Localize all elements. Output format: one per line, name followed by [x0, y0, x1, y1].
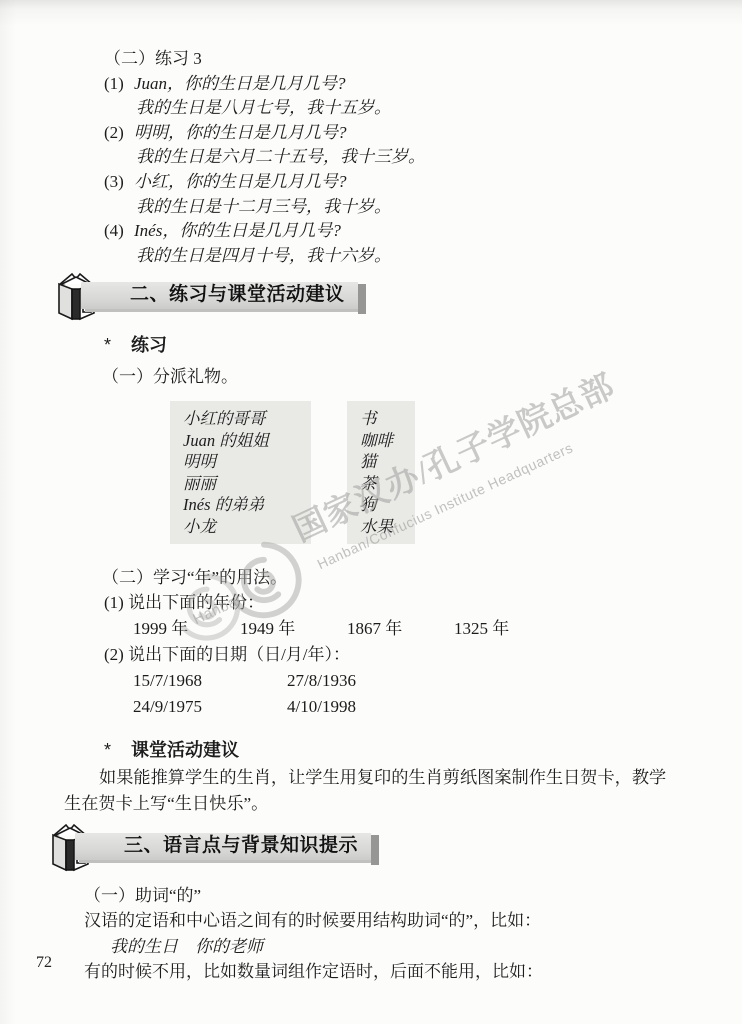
- gift-matching-lists: 小红的哥哥 Juan 的姐姐 明明 丽丽 Inés 的弟弟 小龙 书 咖啡 猫 …: [170, 401, 742, 544]
- activity-label-line: *课堂活动建议: [104, 736, 742, 762]
- task1-heading: （一）分派礼物。: [102, 364, 742, 389]
- exercise3-item-3-answer: 我的生日是十二月三号，我十岁。: [136, 195, 742, 220]
- list-item: 小龙: [183, 516, 303, 538]
- task2-heading: （二）学习“年”的用法。: [102, 565, 742, 590]
- practice-label: 练习: [131, 335, 167, 355]
- practice-label-line: *练习: [104, 331, 742, 357]
- section3-header: 三、语言点与背景知识提示: [46, 824, 742, 871]
- point1-line1: 汉语的定语和中心语之间有的时候要用结构助词“的”，比如：: [84, 908, 742, 934]
- point1-line2: 有的时候不用，比如数量词组作定语时，后面不能用，比如：: [84, 959, 742, 985]
- asterisk: *: [104, 335, 131, 356]
- exercise3-block: （二）练习 3 (1)Juan，你的生日是几月几号? 我的生日是八月七号，我十五…: [0, 47, 742, 268]
- task2-block: （二）学习“年”的用法。 (1) 说出下面的年份： 1999 年1949 年18…: [0, 565, 742, 719]
- exercise3-item-3-question: (3)小红，你的生日是几月几号?: [104, 170, 742, 195]
- item-number: (3): [104, 170, 128, 195]
- task2-sub1: (1) 说出下面的年份：: [104, 590, 742, 616]
- list-item: Inés 的弟弟: [183, 494, 303, 516]
- point1-heading: （一）助词“的”: [84, 883, 742, 909]
- textbook-page: （二）练习 3 (1)Juan，你的生日是几月几号? 我的生日是八月七号，我十五…: [0, 0, 742, 1024]
- dates-row: 15/7/196827/8/1936: [133, 668, 742, 694]
- section2-title-bar: 二、练习与课堂活动建议: [81, 282, 358, 309]
- date-value: 4/10/1998: [287, 697, 356, 716]
- exercise3-item-2-question: (2)明明，你的生日是几月几号?: [104, 121, 742, 146]
- date-value: 27/8/1936: [287, 671, 356, 690]
- section3-title: 三、语言点与背景知识提示: [124, 835, 358, 856]
- page-content: （二）练习 3 (1)Juan，你的生日是几月几号? 我的生日是八月七号，我十五…: [0, 0, 742, 1024]
- years-row: 1999 年1949 年1867 年1325 年: [133, 616, 742, 642]
- section3-title-bar: 三、语言点与背景知识提示: [75, 833, 371, 860]
- list-item: Juan 的姐姐: [183, 430, 303, 452]
- recipients-box: 小红的哥哥 Juan 的姐姐 明明 丽丽 Inés 的弟弟 小龙: [170, 401, 311, 544]
- year-value: 1949 年: [240, 616, 347, 642]
- list-item: 猫: [360, 451, 407, 473]
- list-item: 书: [360, 408, 407, 430]
- page-number: 72: [36, 954, 52, 972]
- list-item: 茶: [360, 473, 407, 495]
- list-item: 明明: [183, 451, 303, 473]
- exercise3-item-1-answer: 我的生日是八月七号，我十五岁。: [136, 96, 742, 121]
- bar-endcap: [371, 835, 379, 865]
- grammar-point1: （一）助词“的” 汉语的定语和中心语之间有的时候要用结构助词“的”，比如： 我的…: [0, 883, 742, 985]
- year-value: 1325 年: [454, 616, 561, 642]
- list-item: 狗: [360, 494, 407, 516]
- date-value: 24/9/1975: [133, 694, 287, 720]
- year-value: 1867 年: [347, 616, 454, 642]
- question-text: 明明，你的生日是几月几号?: [134, 123, 347, 142]
- asterisk: *: [104, 740, 131, 761]
- gifts-box: 书 咖啡 猫 茶 狗 水果: [347, 401, 415, 544]
- exercise3-item-4-question: (4)Inés，你的生日是几月几号?: [104, 219, 742, 244]
- item-number: (4): [104, 219, 128, 244]
- bar-endcap: [358, 284, 366, 314]
- year-value: 1999 年: [133, 616, 240, 642]
- date-value: 15/7/1968: [133, 668, 287, 694]
- question-text: Inés，你的生日是几月几号?: [134, 221, 341, 240]
- section2-header: 二、练习与课堂活动建议: [52, 273, 742, 320]
- activity-label: 课堂活动建议: [131, 740, 239, 760]
- dates-row: 24/9/19754/10/1998: [133, 694, 742, 720]
- question-text: 小红，你的生日是几月几号?: [134, 172, 347, 191]
- exercise3-item-2-answer: 我的生日是六月二十五号，我十三岁。: [136, 145, 742, 170]
- exercise3-heading: （二）练习 3: [104, 47, 742, 72]
- exercise3-item-4-answer: 我的生日是四月十号，我十六岁。: [136, 244, 742, 269]
- activity-paragraph: 如果能推算学生的生肖，让学生用复印的生肖剪纸图案制作生日贺卡，教学生在贺卡上写“…: [64, 765, 680, 816]
- question-text: Juan，你的生日是几月几号?: [134, 74, 346, 93]
- section2-title: 二、练习与课堂活动建议: [130, 284, 345, 305]
- list-item: 咖啡: [360, 430, 407, 452]
- list-item: 水果: [360, 516, 407, 538]
- list-item: 丽丽: [183, 473, 303, 495]
- task2-sub2: (2) 说出下面的日期（日/月/年）：: [104, 642, 742, 668]
- item-number: (1): [104, 72, 128, 97]
- point1-examples: 我的生日 你的老师: [110, 934, 742, 960]
- exercise3-item-1-question: (1)Juan，你的生日是几月几号?: [104, 72, 742, 97]
- item-number: (2): [104, 121, 128, 146]
- list-item: 小红的哥哥: [183, 408, 303, 430]
